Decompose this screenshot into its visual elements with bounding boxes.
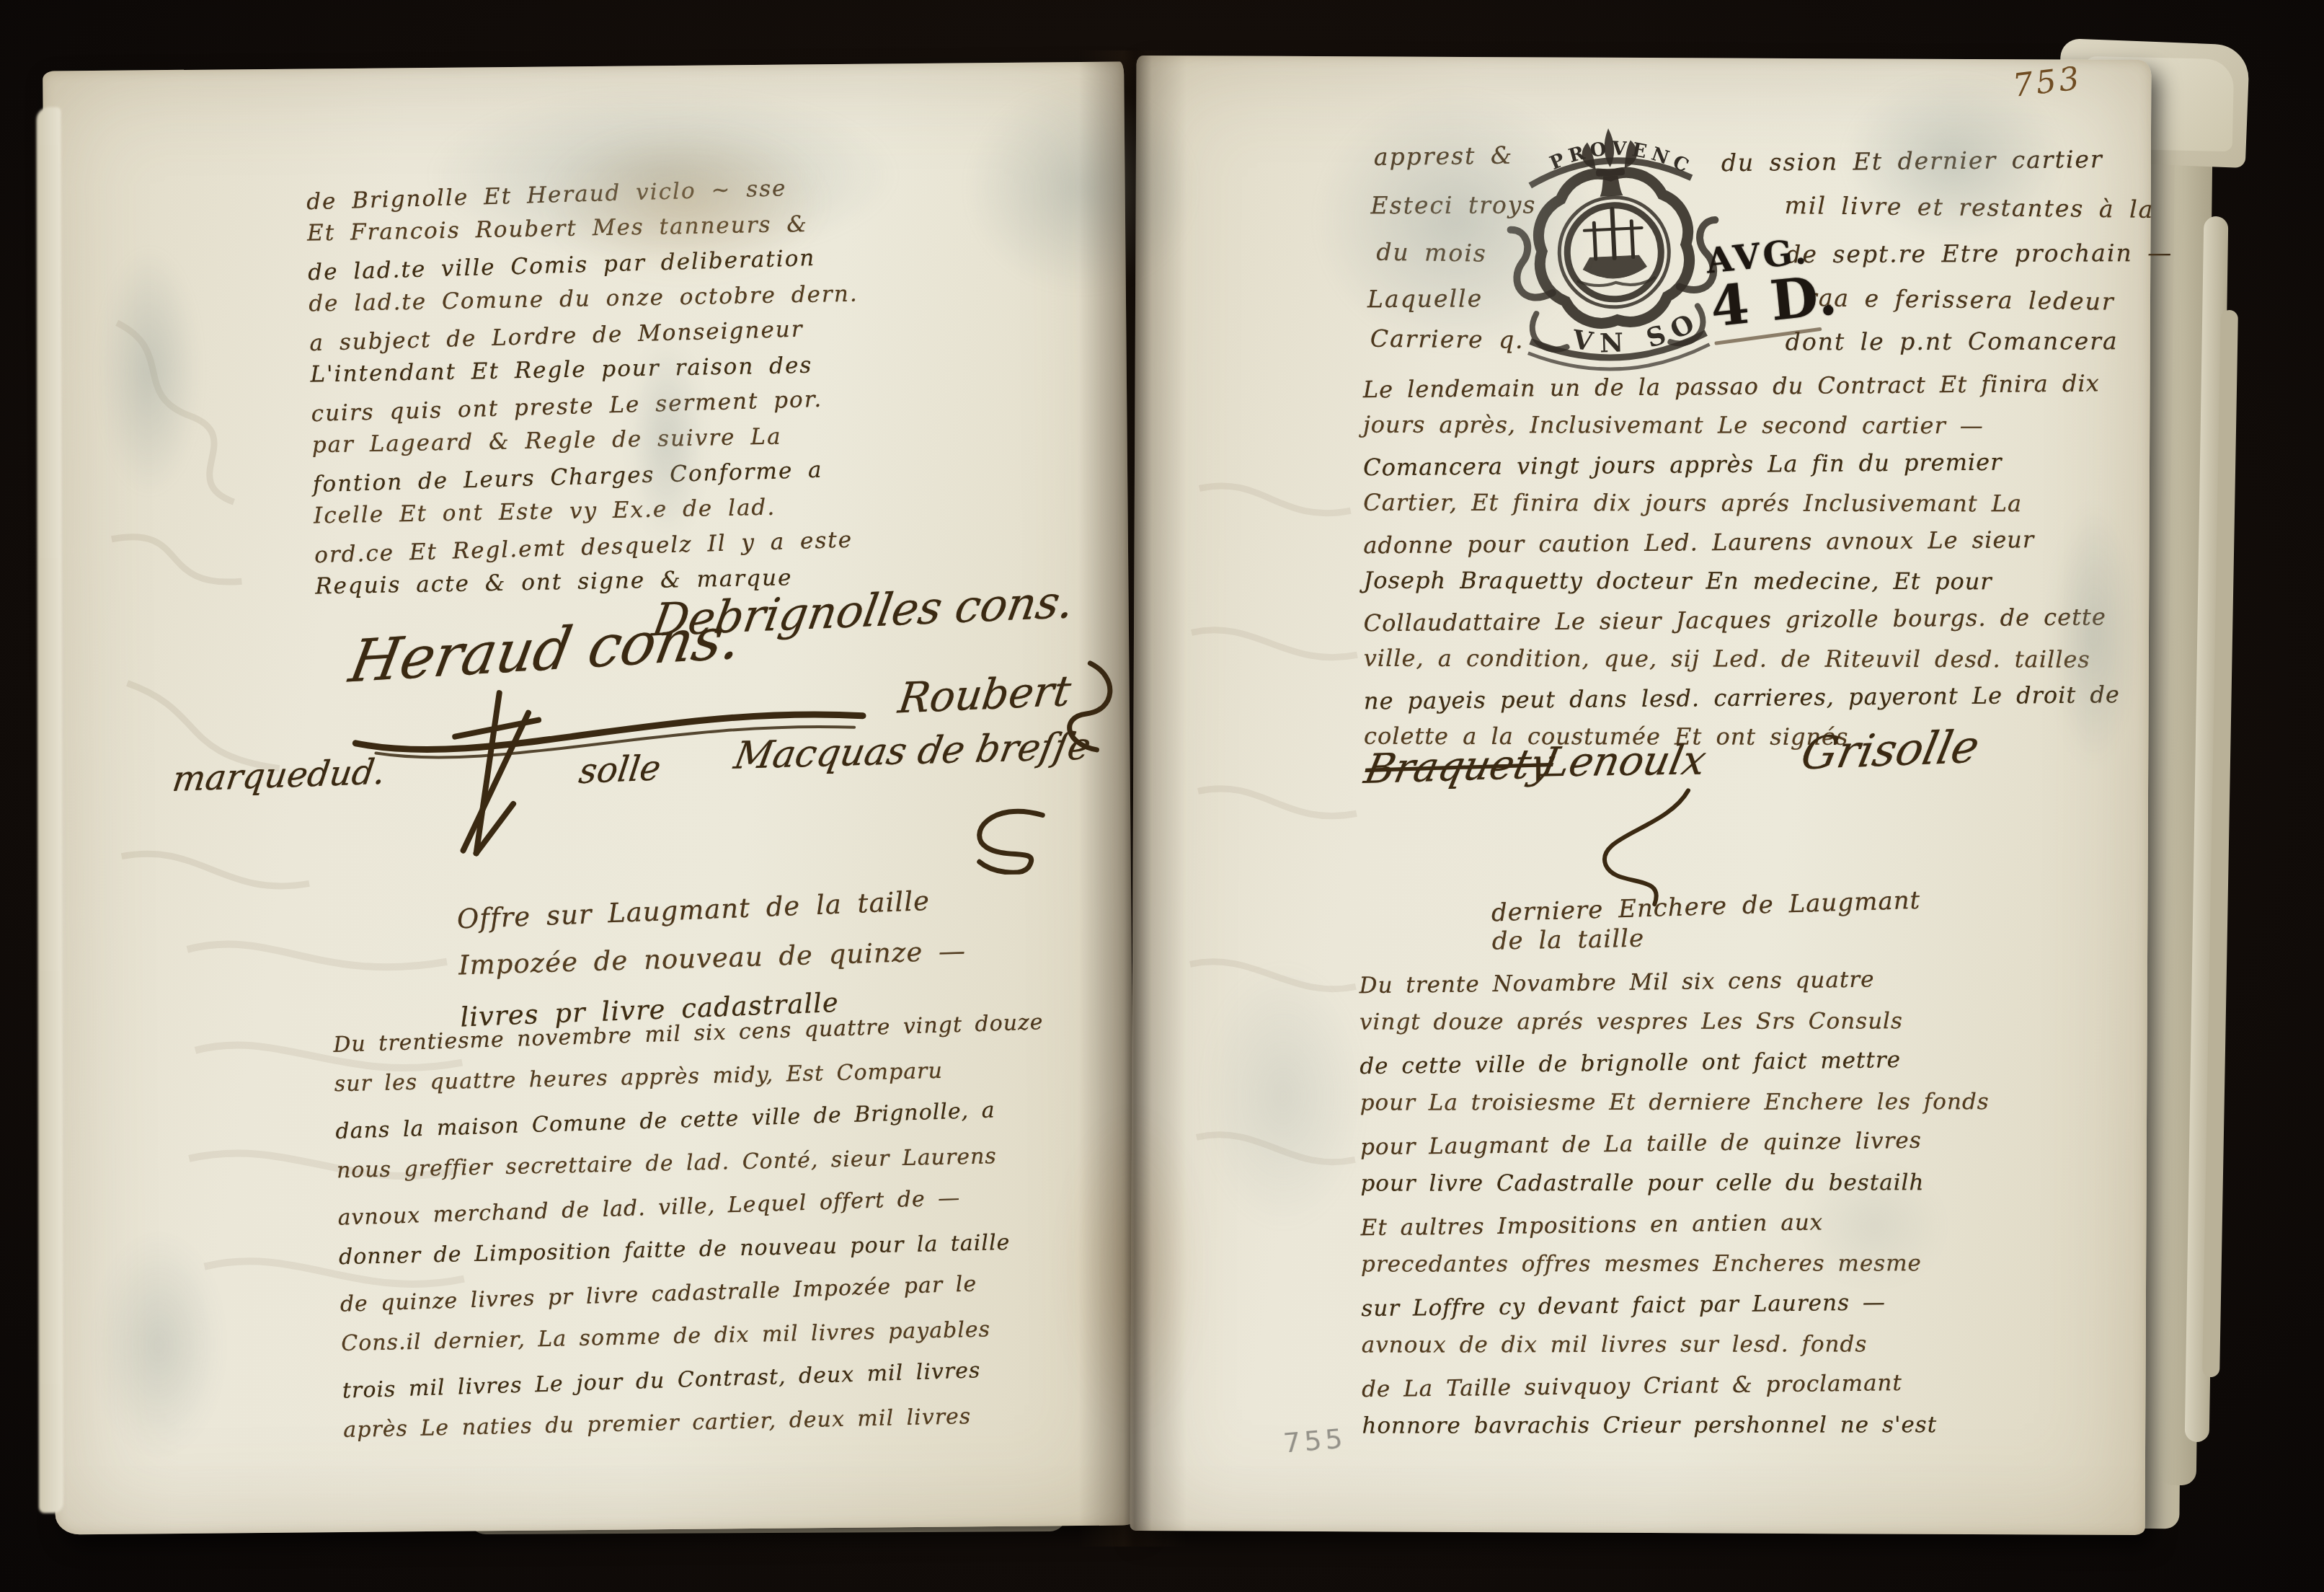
handwritten-line: de cette ville de brignolle ont faict me… — [1360, 1037, 2142, 1087]
handwritten-line: pour Laugmant de La taille de quinze liv… — [1360, 1118, 2143, 1167]
handwritten-fragment: raa e ferissera ledeur — [1806, 283, 2115, 316]
mark-name: solle — [577, 748, 663, 792]
handwritten-line: vingt douze aprés vespres Les Srs Consul… — [1360, 1001, 2142, 1043]
handwritten-line: sur Loffre cy devant faict par Laurens — — [1361, 1279, 2144, 1329]
handwritten-line: Collaudattaire Le sieur Jacques grizolle… — [1363, 597, 2138, 642]
book-gutter — [1078, 50, 1187, 1547]
handwritten-line: adonne pour caution Led. Laurens avnoux … — [1363, 519, 2138, 565]
handwritten-line: de La Taille suivquoy Criant & proclaman… — [1362, 1360, 2145, 1410]
act-paragraph-right: Du trente Novambre Mil six cens quatrevi… — [1359, 958, 2144, 1448]
handwritten-line: Comancera vingt jours apprès La fin du p… — [1363, 441, 2138, 487]
signature-grisolle: Grisolle — [1797, 720, 1984, 779]
signature-braquety: Braquety — [1360, 740, 1558, 793]
handwritten-line: precedantes offres mesmes Encheres mesme — [1361, 1243, 2143, 1285]
signature-lenoulx: Lenoulx — [1538, 737, 1711, 786]
handwritten-line: Et aultres Impositions en antien aux — [1360, 1198, 2143, 1248]
handwritten-line: ville, a condition, que, sij Led. de Rit… — [1364, 639, 2139, 679]
paraph-flourish — [962, 805, 1056, 875]
signature-roubert: Roubert — [895, 666, 1073, 723]
cross-mark-icon — [443, 688, 553, 859]
act-paragraph-left: Du trentiesme novembre mil six cens quat… — [333, 1001, 1126, 1454]
handwritten-line: Joseph Braquetty docteur En medecine, Et… — [1363, 561, 2138, 601]
handwritten-line: Du trente Novambre Mil six cens quatre — [1359, 956, 2142, 1006]
surcharge-stamp: AVG. 4 D. — [1705, 231, 1842, 343]
handwritten-line: honnore bavrachis Crieur pershonnel ne s… — [1362, 1405, 2144, 1446]
handwritten-line: jours après, Inclusivemant Le second car… — [1363, 405, 2138, 446]
mark-label: marquedud. — [170, 751, 388, 800]
signature-macquas: Macquas de breſſe — [731, 725, 1094, 777]
surcharge-value-label: 4 D. — [1708, 267, 1841, 335]
paper-toning — [497, 101, 872, 303]
handwritten-line: avnoux de dix mil livres sur lesd. fonds — [1362, 1324, 2144, 1366]
handwritten-line: ne payeis peut dans lesd. carrieres, pay… — [1364, 675, 2139, 720]
handwritten-line: Cartier, Et finira dix jours aprés Inclu… — [1363, 483, 2138, 523]
manuscript-photo: de Brignolle Et Heraud viclo ~ sseEt Fra… — [0, 0, 2324, 1592]
pencil-folio-number: 755 — [1282, 1422, 1347, 1459]
contract-paragraph: Le lendemain un de la passao du Contract… — [1363, 366, 2139, 757]
handwritten-line: pour livre Cadastralle pour celle du bes… — [1360, 1162, 2142, 1204]
handwritten-line: pour La troisiesme Et derniere Enchere l… — [1360, 1082, 2142, 1123]
